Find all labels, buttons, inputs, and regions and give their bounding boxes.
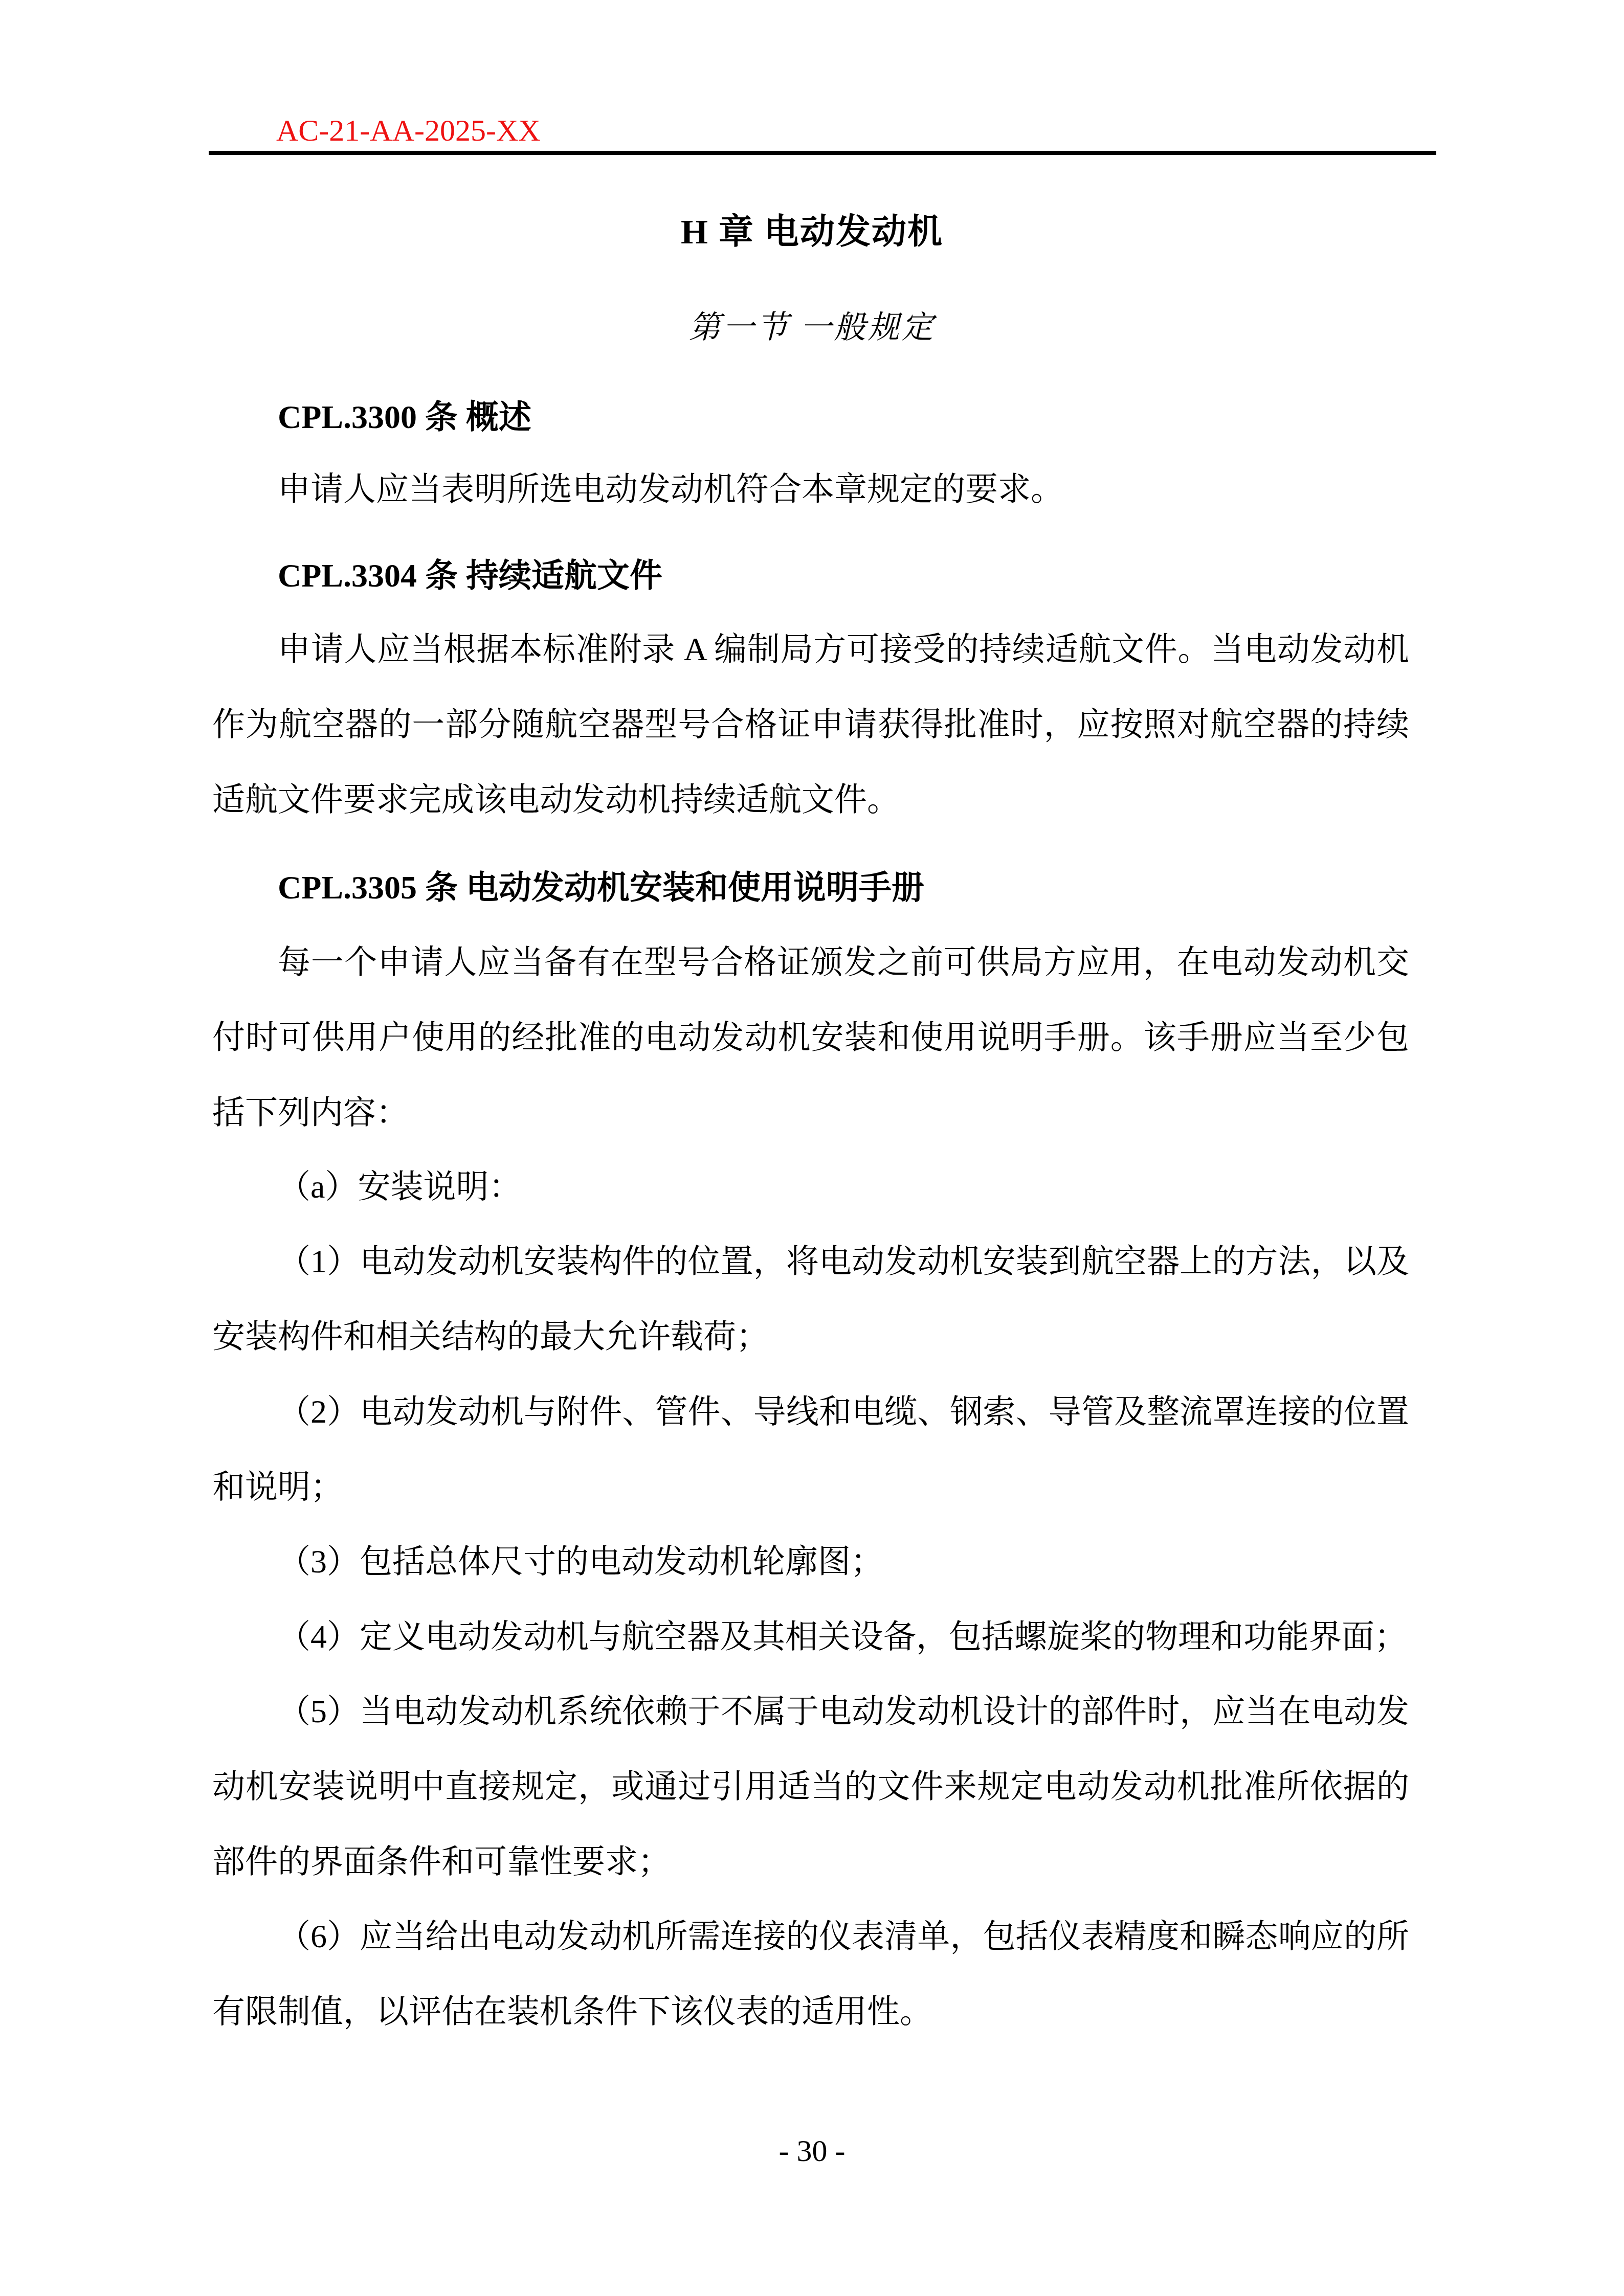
list-item-a: （a）安装说明：	[212, 1149, 1409, 1224]
doc-number: AC-21-AA-2025-XX	[276, 114, 541, 147]
paragraph-cpl-3304: 申请人应当根据本标准附录 A 编制局方可接受的持续适航文件。当电动发动机作为航空…	[212, 612, 1409, 837]
list-item-6: （6）应当给出电动发动机所需连接的仪表清单，包括仪表精度和瞬态响应的所有限制值，…	[212, 1899, 1409, 2049]
heading-cpl-3305: CPL.3305 条 电动发动机安装和使用说明手册	[212, 867, 1409, 908]
list-item-4: （4）定义电动发动机与航空器及其相关设备，包括螺旋桨的物理和功能界面；	[212, 1599, 1409, 1674]
chapter-title: H 章 电动发动机	[0, 210, 1624, 254]
document-page: AC-21-AA-2025-XX H 章 电动发动机 第一节 一般规定 CPL.…	[0, 0, 1624, 2296]
heading-cpl-3300: CPL.3300 条 概述	[212, 397, 1409, 438]
list-item-2: （2）电动发动机与附件、管件、导线和电缆、钢索、导管及整流罩连接的位置和说明；	[212, 1374, 1409, 1524]
list-item-3: （3）包括总体尺寸的电动发动机轮廓图；	[212, 1524, 1409, 1599]
list-item-5: （5）当电动发动机系统依赖于不属于电动发动机设计的部件时，应当在电动发动机安装说…	[212, 1674, 1409, 1899]
header-rule	[209, 151, 1436, 155]
heading-cpl-3304: CPL.3304 条 持续适航文件	[212, 555, 1409, 596]
paragraph-cpl-3300: 申请人应当表明所选电动发动机符合本章规定的要求。	[212, 452, 1409, 527]
list-item-1: （1）电动发动机安装构件的位置，将电动发动机安装到航空器上的方法，以及安装构件和…	[212, 1224, 1409, 1374]
paragraph-cpl-3305-intro: 每一个申请人应当备有在型号合格证颁发之前可供局方应用，在电动发动机交付时可供用户…	[212, 925, 1409, 1150]
section-title: 第一节 一般规定	[0, 308, 1624, 348]
page-number: - 30 -	[0, 2134, 1624, 2168]
